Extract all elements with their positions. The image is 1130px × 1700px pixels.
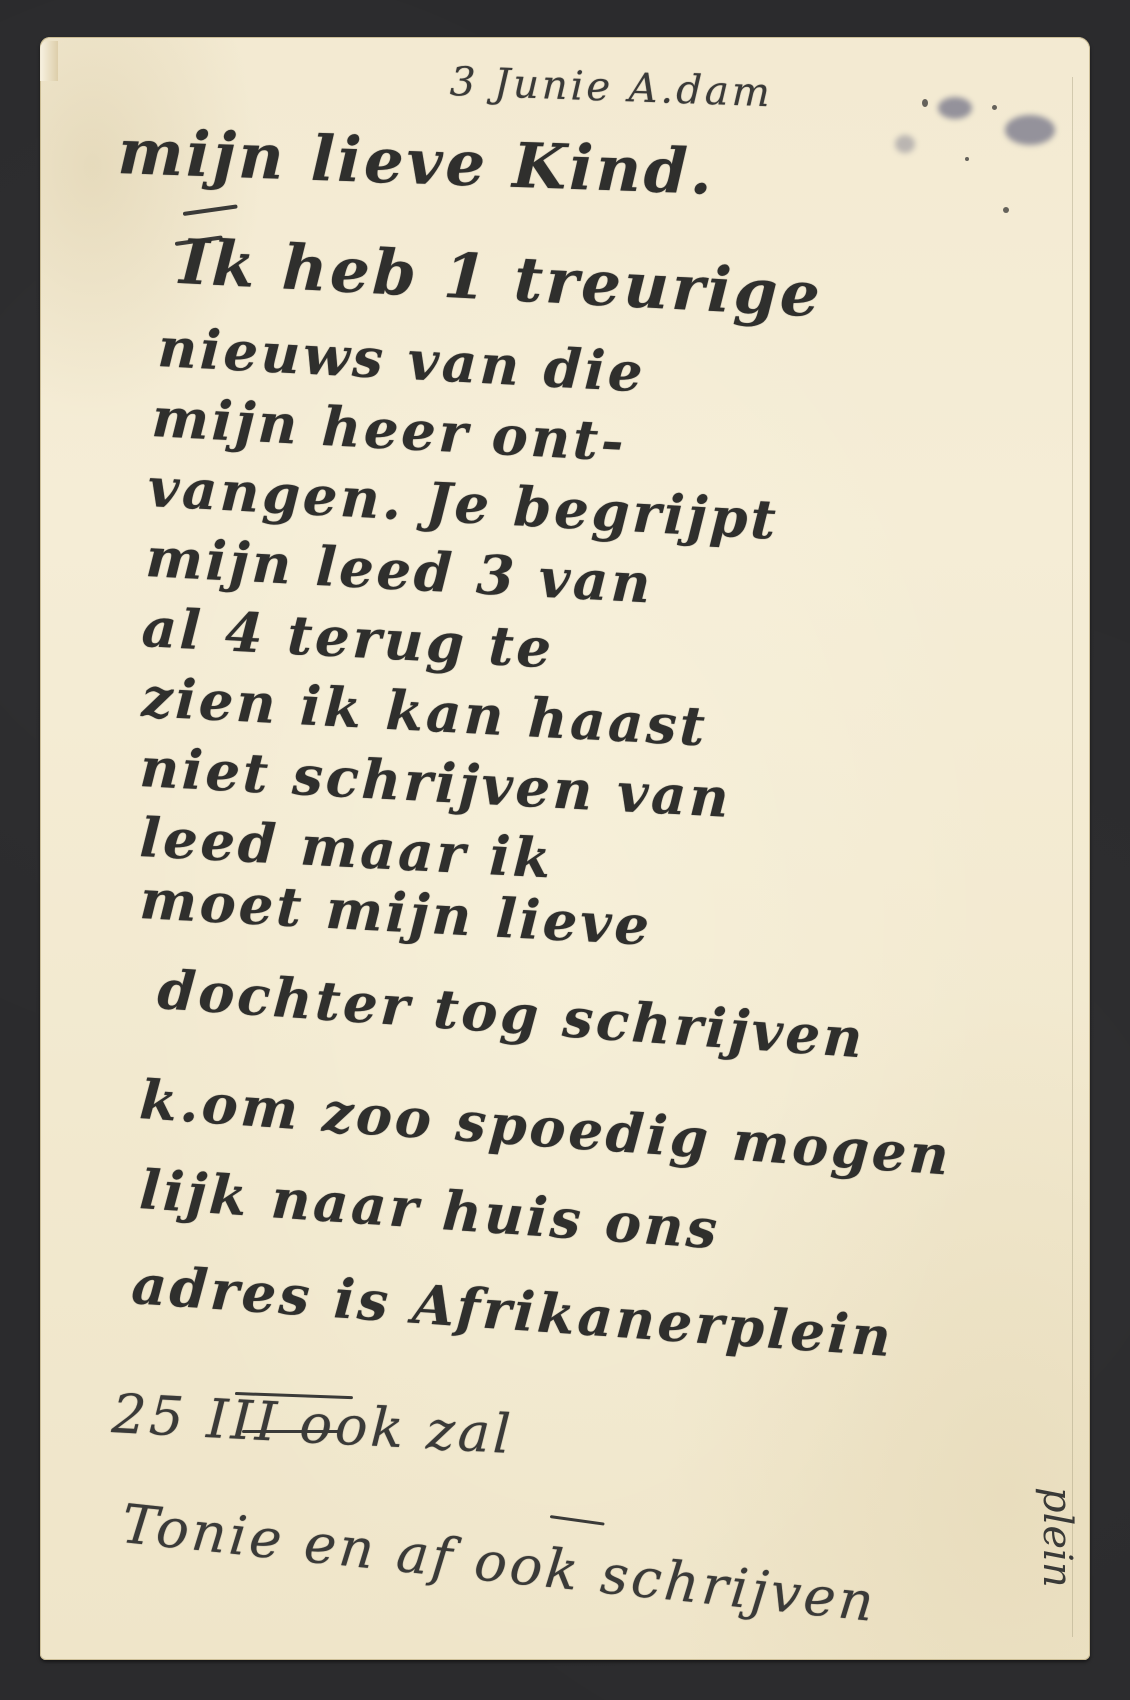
corner-crease xyxy=(40,41,58,81)
margin-note: plein xyxy=(1034,1487,1080,1588)
date-place: 3 Junie A.dam xyxy=(449,59,773,116)
body-line: lijk naar huis ons xyxy=(138,1157,722,1261)
salutation: mijn lieve Kind. xyxy=(117,115,716,209)
ink-blot xyxy=(895,135,915,153)
body-line: Ik heb 1 treurige xyxy=(178,225,825,332)
ink-speck xyxy=(1003,207,1009,213)
numeral-underline xyxy=(242,1430,342,1433)
body-line: dochter tog schrijven xyxy=(156,957,868,1070)
margin-rule xyxy=(1072,77,1073,1637)
body-line-closing: Tonie en af ook schrijven xyxy=(119,1492,880,1634)
ink-blot xyxy=(938,97,972,119)
ink-blot xyxy=(1005,115,1055,145)
body-line: adres is Afrikanerplein xyxy=(130,1252,896,1369)
ink-speck xyxy=(922,99,928,107)
word-underline xyxy=(550,1515,605,1526)
body-line: moet mijn lieve xyxy=(138,867,653,958)
ink-speck xyxy=(965,157,969,161)
ink-speck xyxy=(992,105,997,110)
postcard: 3 Junie A.dam mijn lieve Kind. Ik heb 1 … xyxy=(40,37,1090,1660)
salutation-underline xyxy=(183,204,238,216)
